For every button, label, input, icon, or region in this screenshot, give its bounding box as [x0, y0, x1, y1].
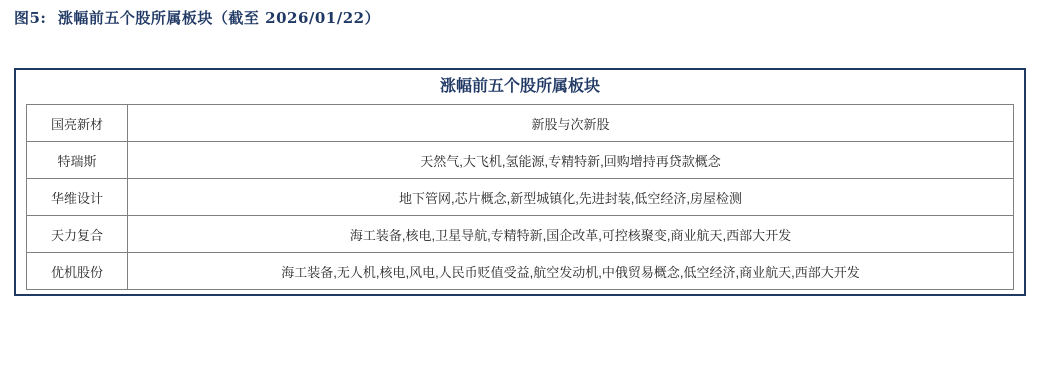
table-row: 天力复合 海工装备,核电,卫星导航,专精特新,国企改革,可控核聚变,商业航天,西…	[27, 216, 1014, 253]
stock-name-cell: 国亮新材	[27, 105, 128, 142]
sector-list-cell: 海工装备,无人机,核电,风电,人民币贬值受益,航空发动机,中俄贸易概念,低空经济…	[128, 253, 1014, 290]
table-row: 华维设计 地下管网,芯片概念,新型城镇化,先进封装,低空经济,房屋检测	[27, 179, 1014, 216]
stock-name-cell: 天力复合	[27, 216, 128, 253]
stock-name-cell: 特瑞斯	[27, 142, 128, 179]
sector-list-cell: 海工装备,核电,卫星导航,专精特新,国企改革,可控核聚变,商业航天,西部大开发	[128, 216, 1014, 253]
table-row: 优机股份 海工装备,无人机,核电,风电,人民币贬值受益,航空发动机,中俄贸易概念…	[27, 253, 1014, 290]
sector-list-cell: 新股与次新股	[128, 105, 1014, 142]
sector-list-cell: 天然气,大飞机,氢能源,专精特新,回购增持再贷款概念	[128, 142, 1014, 179]
figure-title: 图5: 涨幅前五个股所属板块（截至 2026/01/22）	[14, 7, 380, 28]
table-row: 特瑞斯 天然气,大飞机,氢能源,专精特新,回购增持再贷款概念	[27, 142, 1014, 179]
top-gainers-sector-table: 国亮新材 新股与次新股 特瑞斯 天然气,大飞机,氢能源,专精特新,回购增持再贷款…	[26, 104, 1014, 290]
sector-table-container: 涨幅前五个股所属板块 国亮新材 新股与次新股 特瑞斯 天然气,大飞机,氢能源,专…	[14, 68, 1026, 296]
stock-name-cell: 华维设计	[27, 179, 128, 216]
table-title: 涨幅前五个股所属板块	[26, 77, 1014, 97]
sector-list-cell: 地下管网,芯片概念,新型城镇化,先进封装,低空经济,房屋检测	[128, 179, 1014, 216]
stock-name-cell: 优机股份	[27, 253, 128, 290]
table-row: 国亮新材 新股与次新股	[27, 105, 1014, 142]
